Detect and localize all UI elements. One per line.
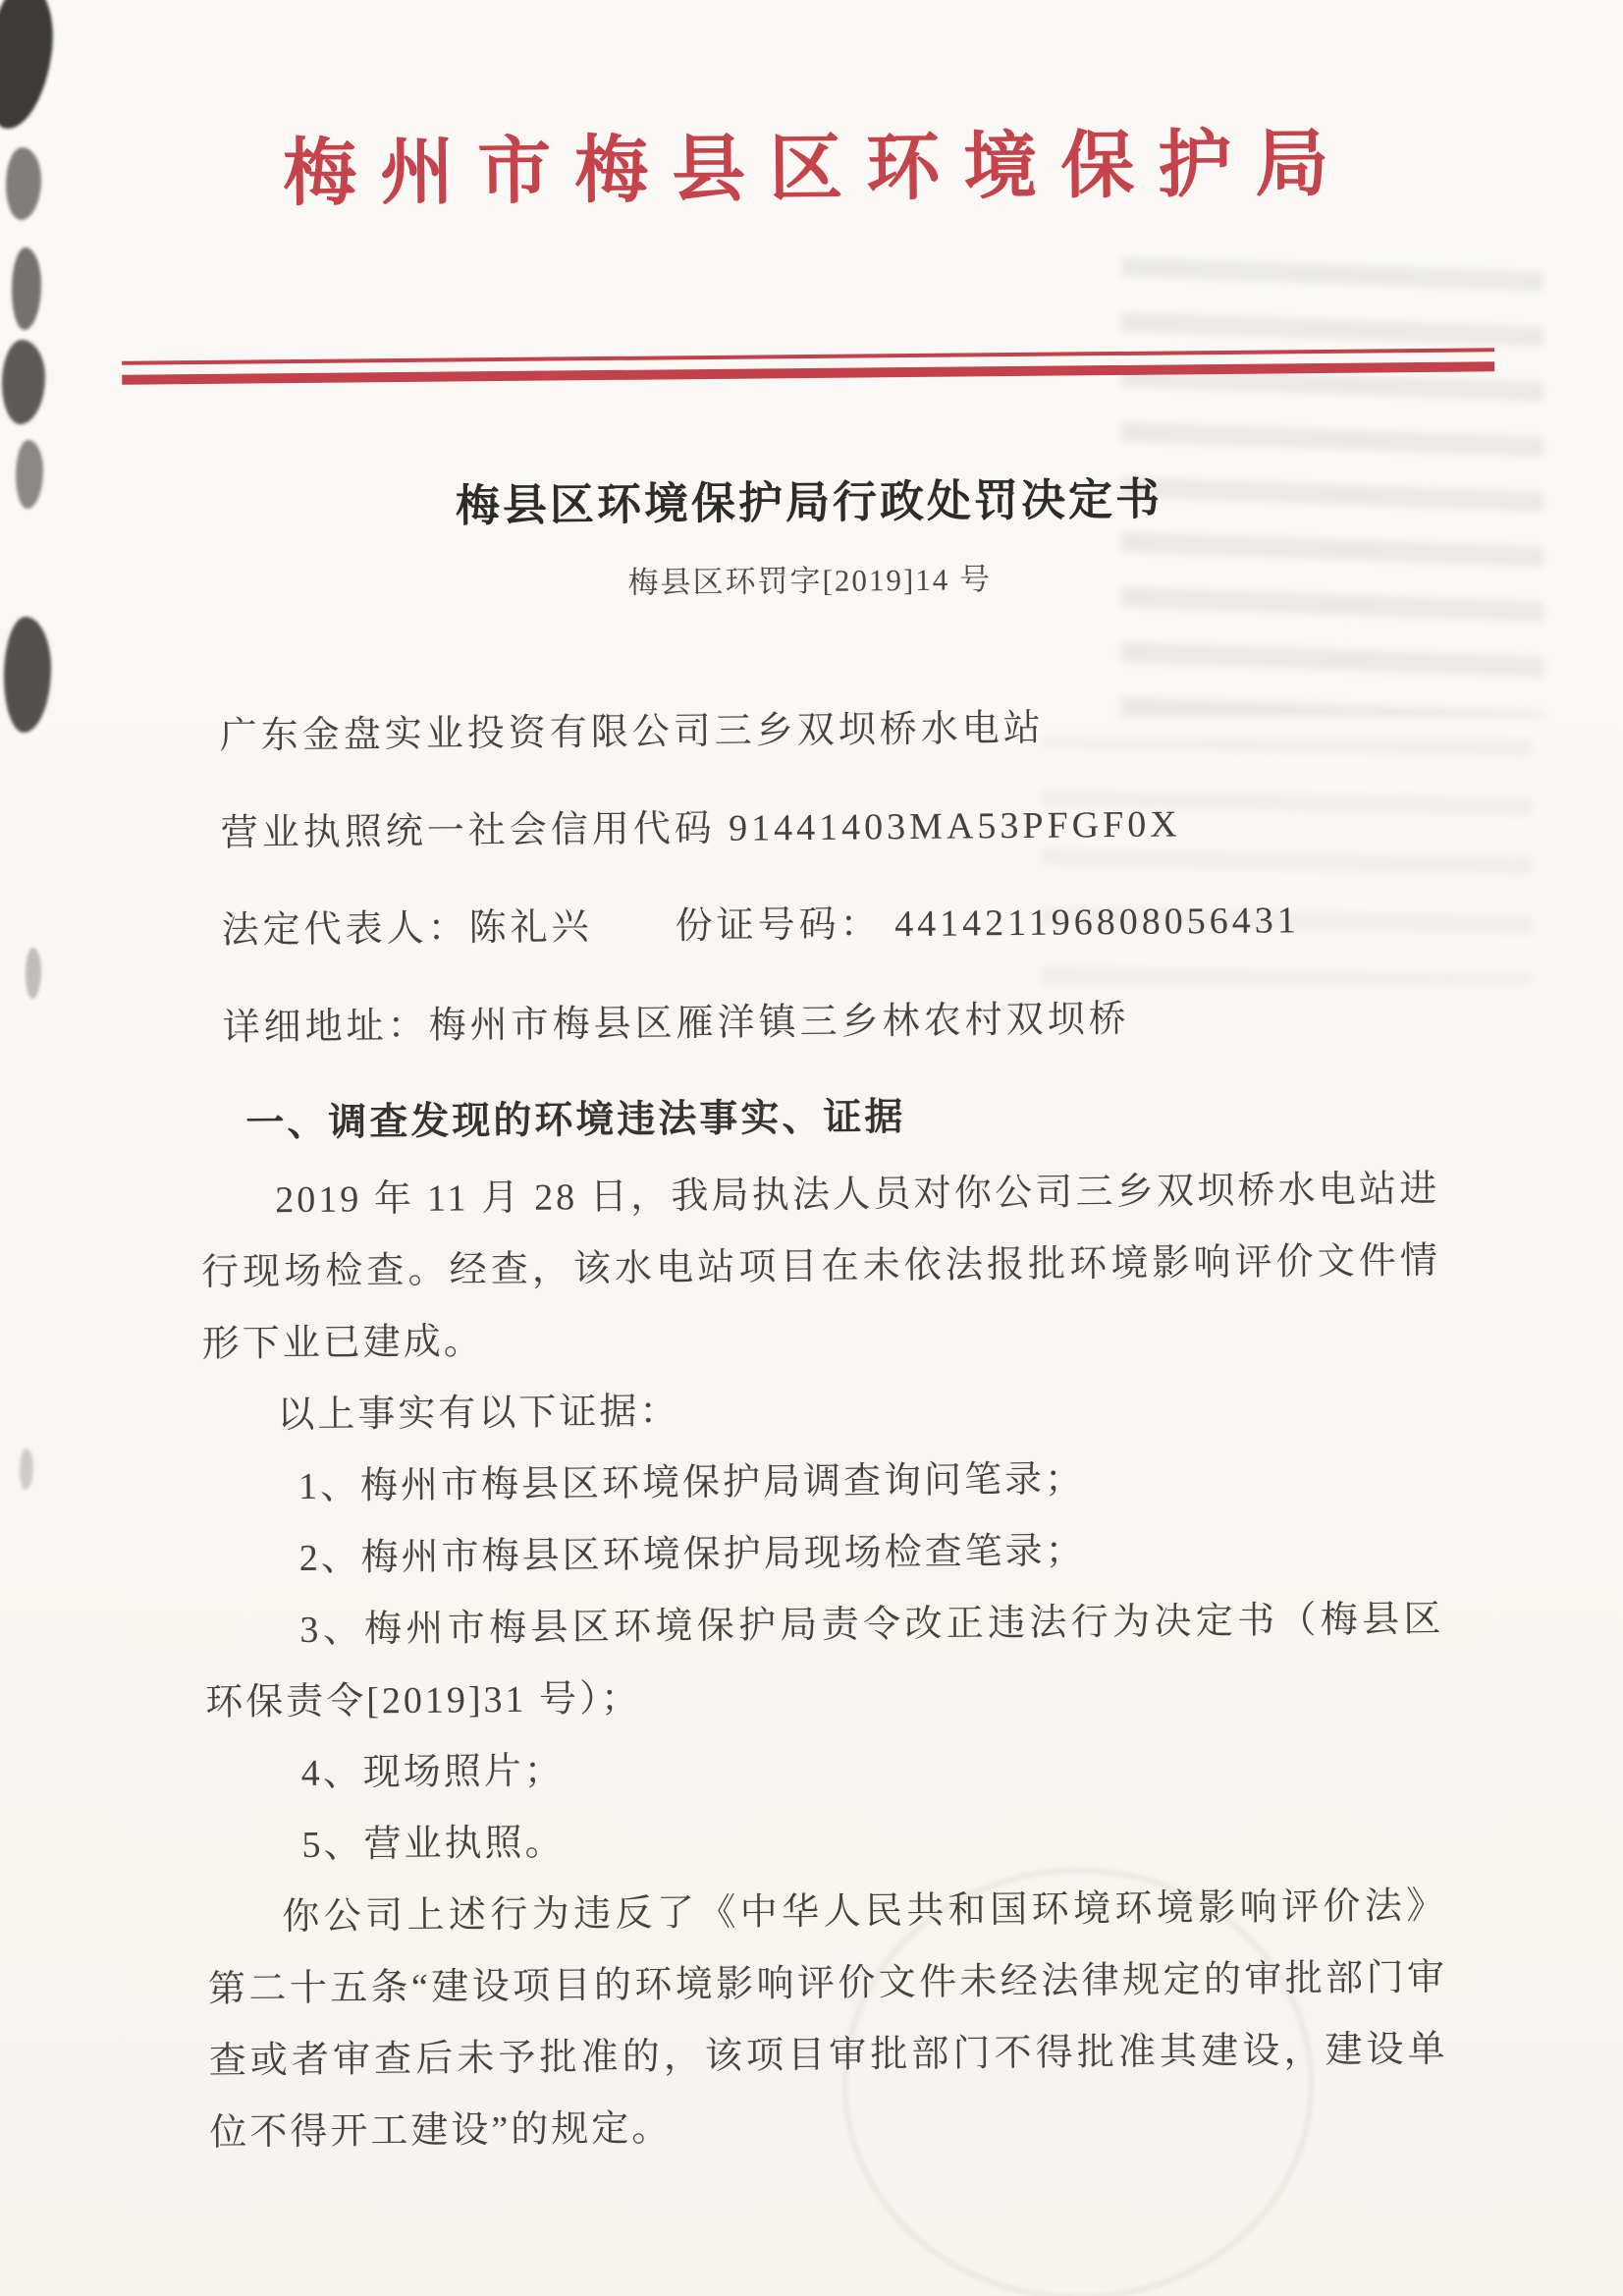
party-license-line: 营业执照统一社会信用代码 91441403MA53PFGF0X bbox=[196, 774, 1436, 883]
party-legal-rep-line: 法定代表人：陈礼兴 份证号码： 441421196808056431 bbox=[197, 871, 1437, 980]
document-body: 广东金盘实业投资有限公司三乡双坝桥水电站 营业执照统一社会信用代码 914414… bbox=[195, 677, 1448, 2169]
evidence-item-4: 4、现场照片； bbox=[206, 1727, 1446, 1811]
section-1-heading: 一、调查发现的环境违法事实、证据 bbox=[199, 1071, 1439, 1166]
document-content: 梅州市梅县区环境保护局 梅县区环境保护局行政处罚决定书 梅县区环罚字[2019]… bbox=[0, 0, 1623, 2171]
agency-letterhead: 梅州市梅县区环境保护局 bbox=[0, 0, 1618, 223]
evidence-item-3: 3、梅州市梅县区环境保护局责令改正违法行为决定书（梅县区环保责令[2019]31… bbox=[204, 1584, 1444, 1739]
document-title: 梅县区环境保护局行政处罚决定书 bbox=[0, 459, 1621, 538]
party-company-line: 广东金盘实业投资有限公司三乡双坝桥水电站 bbox=[195, 677, 1435, 786]
evidence-item-2: 2、梅州市梅县区环境保护局现场检查笔录； bbox=[203, 1512, 1443, 1596]
paragraph-violation: 你公司上述行为违反了《中华人民共和国环境环境影响评价法》第二十五条“建设项目的环… bbox=[207, 1871, 1449, 2169]
document-number: 梅县区环罚字[2019]14 号 bbox=[0, 548, 1621, 608]
letterhead-divider bbox=[122, 348, 1494, 384]
evidence-item-1: 1、梅州市梅县区环境保护局调查询问笔录； bbox=[203, 1441, 1443, 1524]
document-page: 梅州市梅县区环境保护局 梅县区环境保护局行政处罚决定书 梅县区环罚字[2019]… bbox=[0, 0, 1623, 2296]
party-address-line: 详细地址：梅州市梅县区雁洋镇三乡林农村双坝桥 bbox=[198, 968, 1438, 1077]
paragraph-inspection: 2019 年 11 月 28 日，我局执法人员对你公司三乡双坝桥水电站进行现场检… bbox=[200, 1154, 1441, 1381]
evidence-item-5: 5、营业执照。 bbox=[206, 1799, 1446, 1883]
evidence-intro: 以上事实有以下证据： bbox=[202, 1369, 1442, 1452]
